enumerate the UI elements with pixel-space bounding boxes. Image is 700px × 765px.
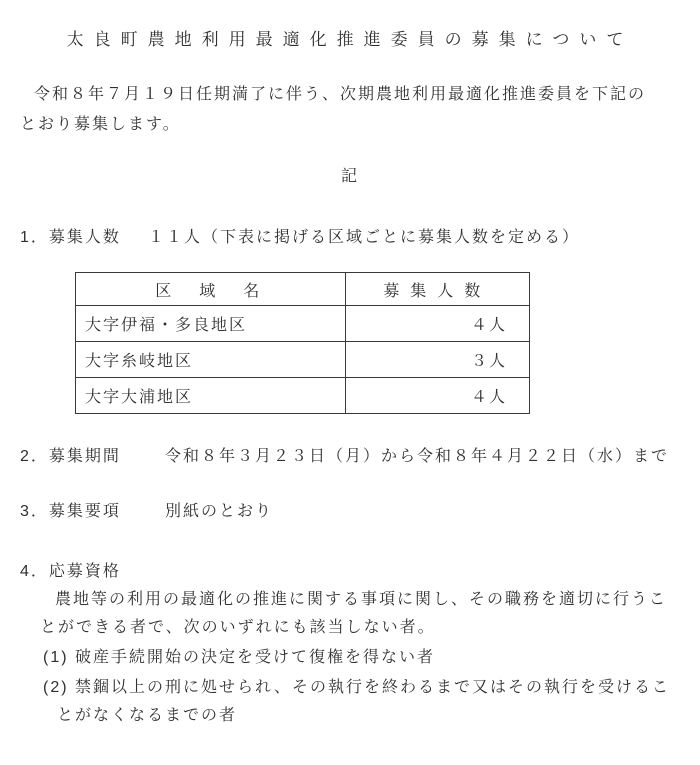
eligibility-paragraph-line-1: 農地等の利用の最適化の推進に関する事項に関し、その職務を適切に行うこ: [55, 590, 667, 610]
district-cell: 大字伊福・多良地区: [76, 306, 346, 342]
eligibility-paragraph-line-2: とができる者で、次のいずれにも該当しない者。: [40, 618, 436, 638]
section-guidelines-value: 別紙のとおり: [165, 502, 273, 522]
eligibility-item-2-line-1: (2) 禁錮以上の刑に処せられ、その執行を終わるまで又はその執行を受けるこ: [43, 678, 670, 698]
section-recruit-period-label: 2．募集期間: [20, 448, 121, 465]
district-cell: 大字大浦地区: [76, 378, 346, 414]
count-cell: ４人: [345, 378, 529, 414]
section-eligibility-label: 4．応募資格: [20, 563, 121, 580]
table-header-count: 募集人数: [345, 273, 529, 306]
section-guidelines-label: 3．募集要項: [20, 503, 121, 520]
table-row: 大字伊福・多良地区 ４人: [76, 306, 530, 342]
document-page: 太良町農地利用最適化推進委員の募集について 令和８年７月１９日任期満了に伴う、次…: [0, 0, 700, 765]
eligibility-item-2-line-2: とがなくなるまでの者: [57, 706, 237, 726]
table-row: 大字大浦地区 ４人: [76, 378, 530, 414]
table-row: 大字糸岐地区 ３人: [76, 342, 530, 378]
table-header-row: 区 域 名 募集人数: [76, 273, 530, 306]
intro-paragraph-line-1: 令和８年７月１９日任期満了に伴う、次期農地利用最適化推進委員を下記の: [34, 85, 646, 105]
section-recruit-period-value: 令和８年３月２３日（月）から令和８年４月２２日（水）まで: [165, 447, 669, 467]
note-mark: 記: [0, 167, 700, 187]
count-cell: ４人: [345, 306, 529, 342]
section-recruit-count-value: １１人（下表に掲げる区域ごとに募集人数を定める）: [148, 228, 580, 248]
section-guidelines: 3．募集要項 別紙のとおり: [0, 502, 700, 522]
section-recruit-period: 2．募集期間 令和８年３月２３日（月）から令和８年４月２２日（水）まで: [0, 447, 700, 467]
eligibility-item-1: (1) 破産手続開始の決定を受けて復権を得ない者: [43, 648, 435, 668]
page-title: 太良町農地利用最適化推進委員の募集について: [0, 29, 700, 51]
section-recruit-count-label: 1．募集人数: [20, 229, 121, 246]
recruit-quota-table: 区 域 名 募集人数 大字伊福・多良地区 ４人 大字糸岐地区 ３人 大字大浦地区…: [75, 272, 530, 414]
district-cell: 大字糸岐地区: [76, 342, 346, 378]
section-eligibility: 4．応募資格: [0, 562, 700, 582]
table-header-district: 区 域 名: [76, 273, 346, 306]
section-recruit-count: 1．募集人数 １１人（下表に掲げる区域ごとに募集人数を定める）: [0, 228, 700, 248]
intro-paragraph-line-2: とおり募集します。: [20, 115, 181, 135]
count-cell: ３人: [345, 342, 529, 378]
